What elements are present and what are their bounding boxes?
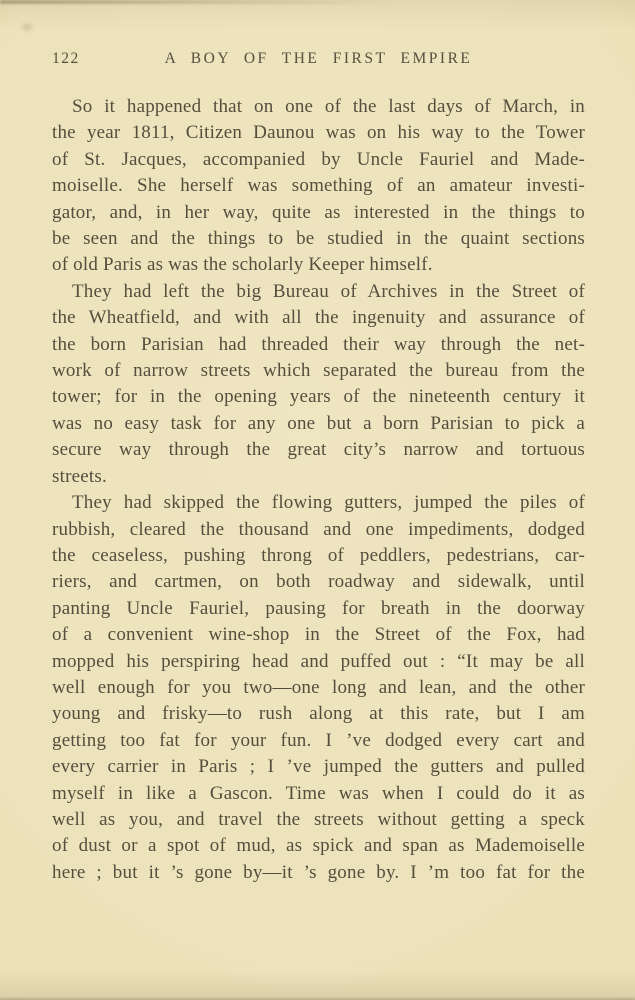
- text-line: work of narrow streets which separated t…: [52, 358, 585, 384]
- text-line: They had left the big Bureau of Archives…: [52, 279, 585, 305]
- text-line: of old Paris as was the scholarly Keeper…: [52, 252, 585, 278]
- text-line: the ceaseless, pushing throng of peddler…: [52, 543, 585, 569]
- text-line: well enough for you two—one long and lea…: [52, 675, 585, 701]
- body-text: So it happened that on one of the last d…: [52, 94, 585, 886]
- text-line: the born Parisian had threaded their way…: [52, 332, 585, 358]
- text-block: 122 A BOY OF THE FIRST EMPIRE So it happ…: [52, 50, 585, 886]
- text-line: streets.: [52, 464, 585, 490]
- running-head: 122 A BOY OF THE FIRST EMPIRE: [52, 50, 585, 70]
- text-line: be seen and the things to be studied in …: [52, 226, 585, 252]
- text-line: young and frisky—to rush along at this r…: [52, 701, 585, 727]
- paper-smudge: [22, 24, 32, 30]
- scan-edge-shadow-top: [0, 0, 394, 4]
- text-line: They had skipped the flowing gutters, ju…: [52, 490, 585, 516]
- text-line: gator, and, in her way, quite as interes…: [52, 200, 585, 226]
- text-line: panting Uncle Fauriel, pausing for breat…: [52, 596, 585, 622]
- text-line: was no easy task for any one but a born …: [52, 411, 585, 437]
- text-line: the year 1811, Citizen Daunou was on his…: [52, 120, 585, 146]
- text-line: of a convenient wine-shop in the Street …: [52, 622, 585, 648]
- running-title: A BOY OF THE FIRST EMPIRE: [52, 50, 585, 68]
- text-line: rubbish, cleared the thousand and one im…: [52, 517, 585, 543]
- text-line: every carrier in Paris ; I ’ve jumped th…: [52, 754, 585, 780]
- text-line: So it happened that on one of the last d…: [52, 94, 585, 120]
- text-line: well as you, and travel the streets with…: [52, 807, 585, 833]
- text-line: riers, and cartmen, on both roadway and …: [52, 569, 585, 595]
- text-line: mopped his perspiring head and puffed ou…: [52, 649, 585, 675]
- text-line: here ; but it ’s gone by—it ’s gone by. …: [52, 860, 585, 886]
- text-line: of dust or a spot of mud, as spick and s…: [52, 833, 585, 859]
- text-line: the Wheatfield, and with all the ingenui…: [52, 305, 585, 331]
- text-line: secure way through the great city’s narr…: [52, 437, 585, 463]
- text-line: of St. Jacques, accompanied by Uncle Fau…: [52, 147, 585, 173]
- text-line: myself in like a Gascon. Time was when I…: [52, 781, 585, 807]
- text-line: getting too fat for your fun. I ’ve dodg…: [52, 728, 585, 754]
- text-line: moiselle. She herself was something of a…: [52, 173, 585, 199]
- book-page-scan: 122 A BOY OF THE FIRST EMPIRE So it happ…: [0, 0, 635, 1000]
- text-line: tower; for in the opening years of the n…: [52, 384, 585, 410]
